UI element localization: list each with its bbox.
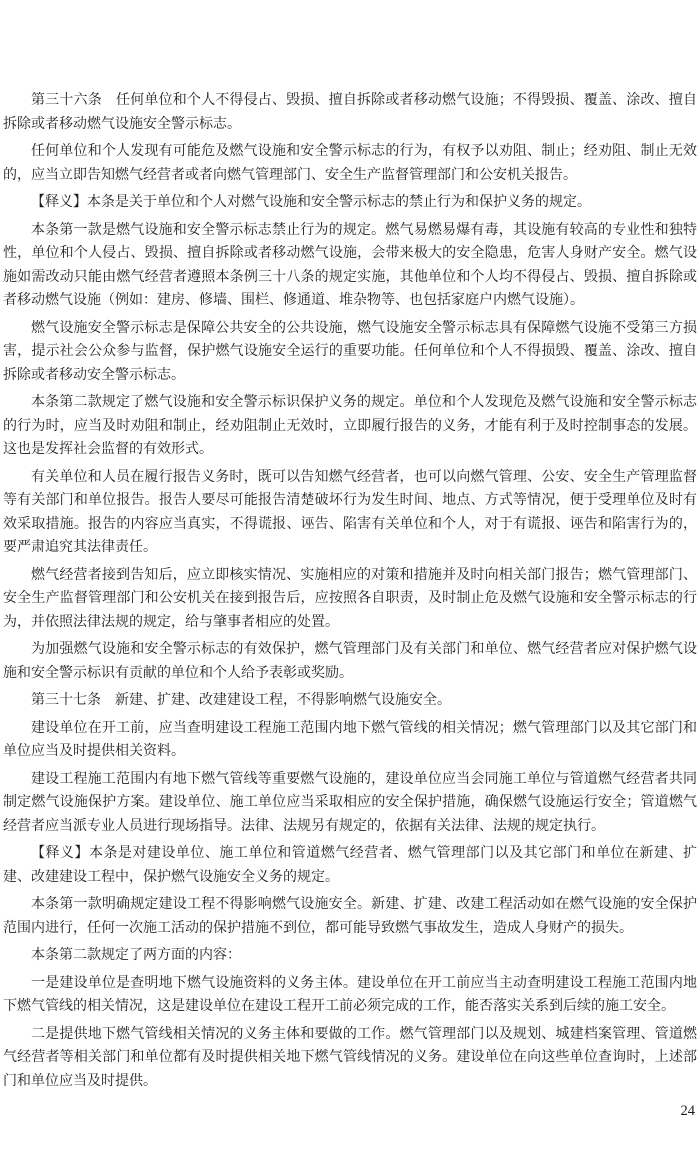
paragraph: 为加强燃气设施和安全警示标志的有效保护，燃气管理部门及有关部门和单位、燃气经营者… [3,638,697,685]
paragraph: 本条第二款规定了燃气设施和安全警示标识保护义务的规定。单位和个人发现危及燃气设施… [3,391,697,462]
paragraph-article-36: 第三十六条 任何单位和个人不得侵占、毁损、擅自拆除或者移动燃气设施；不得毁损、覆… [3,89,697,136]
document-page: 第三十六条 任何单位和个人不得侵占、毁损、擅自拆除或者移动燃气设施；不得毁损、覆… [0,0,700,1160]
paragraph: 本条第一款明确规定建设工程不得影响燃气设施安全。新建、扩建、改建工程活动如在燃气… [3,893,697,940]
paragraph: 燃气设施安全警示标志是保障公共安全的公共设施，燃气设施安全警示标志具有保障燃气设… [3,317,697,388]
paragraph: 建设单位在开工前，应当查明建设工程施工范围内地下燃气管线的相关情况；燃气管理部门… [3,717,697,764]
paragraph: 本条第一款是燃气设施和安全警示标志禁止行为的规定。燃气易燃易爆有毒，其设施有较高… [3,219,697,313]
paragraph-interpretation-36: 【释义】本条是关于单位和个人对燃气设施和安全警示标志的禁止行为和保护义务的规定。 [3,191,697,215]
paragraph: 任何单位和个人发现有可能危及燃气设施和安全警示标志的行为，有权予以劝阻、制止；经… [3,140,697,187]
paragraph: 二是提供地下燃气管线相关情况的义务主体和要做的工作。燃气管理部门以及规划、城建档… [3,1023,697,1094]
paragraph: 燃气经营者接到告知后，应立即核实情况、实施相应的对策和措施并及时向相关部门报告；… [3,564,697,635]
page-number: 24 [3,1102,697,1120]
paragraph: 建设工程施工范围内有地下燃气管线等重要燃气设施的，建设单位应当会同施工单位与管道… [3,768,697,839]
paragraph-interpretation-37: 【释义】本条是对建设单位、施工单位和管道燃气经营者、燃气管理部门以及其它部门和单… [3,842,697,889]
paragraph: 有关单位和人员在履行报告义务时，既可以告知燃气经营者，也可以向燃气管理、公安、安… [3,466,697,560]
paragraph: 本条第二款规定了两方面的内容： [3,944,697,968]
paragraph: 一是建设单位是查明地下燃气设施资料的义务主体。建设单位在开工前应当主动查明建设工… [3,972,697,1019]
paragraph-article-37: 第三十七条 新建、扩建、改建建设工程，不得影响燃气设施安全。 [3,689,697,713]
